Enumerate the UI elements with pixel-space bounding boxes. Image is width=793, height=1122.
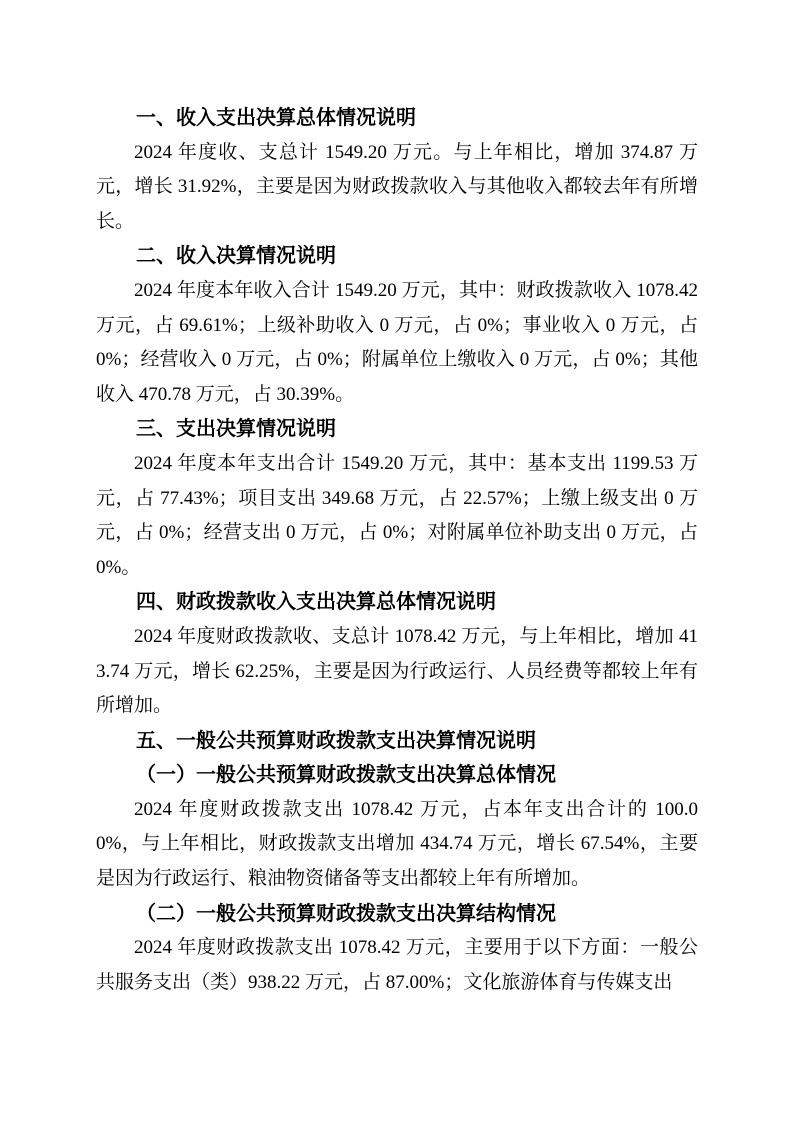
section-heading-general-public-budget-expenditure: 五、一般公共预算财政拨款支出决算情况说明 xyxy=(96,724,698,759)
section-paragraph-expenditure-accounts: 2024 年度本年支出合计 1549.20 万元，其中：基本支出 1199.53… xyxy=(96,447,698,585)
section-heading-income-accounts: 二、收入决算情况说明 xyxy=(96,239,698,274)
section-paragraph-fiscal-appropriation-overview: 2024 年度财政拨款收、支总计 1078.42 万元，与上年相比，增加 413… xyxy=(96,620,698,724)
section-heading-expenditure-accounts: 三、支出决算情况说明 xyxy=(96,412,698,447)
section-paragraph-income-accounts: 2024 年度本年收入合计 1549.20 万元，其中：财政拨款收入 1078.… xyxy=(96,274,698,412)
document-page: 一、收入支出决算总体情况说明 2024 年度收、支总计 1549.20 万元。与… xyxy=(0,0,793,1122)
section-heading-fiscal-appropriation-overview: 四、财政拨款收入支出决算总体情况说明 xyxy=(96,585,698,620)
subsection-heading-general-public-budget-structure: （二）一般公共预算财政拨款支出决算结构情况 xyxy=(96,897,698,932)
section-heading-income-expenditure-overview: 一、收入支出决算总体情况说明 xyxy=(96,101,698,136)
subsection-paragraph-general-public-budget-overall: 2024 年度财政拨款支出 1078.42 万元，占本年支出合计的 100.00… xyxy=(96,793,698,897)
section-paragraph-income-expenditure-overview: 2024 年度收、支总计 1549.20 万元。与上年相比，增加 374.87 … xyxy=(96,136,698,240)
subsection-paragraph-general-public-budget-structure: 2024 年度财政拨款支出 1078.42 万元，主要用于以下方面：一般公共服务… xyxy=(96,931,698,1000)
subsection-heading-general-public-budget-overall: （一）一般公共预算财政拨款支出决算总体情况 xyxy=(96,758,698,793)
